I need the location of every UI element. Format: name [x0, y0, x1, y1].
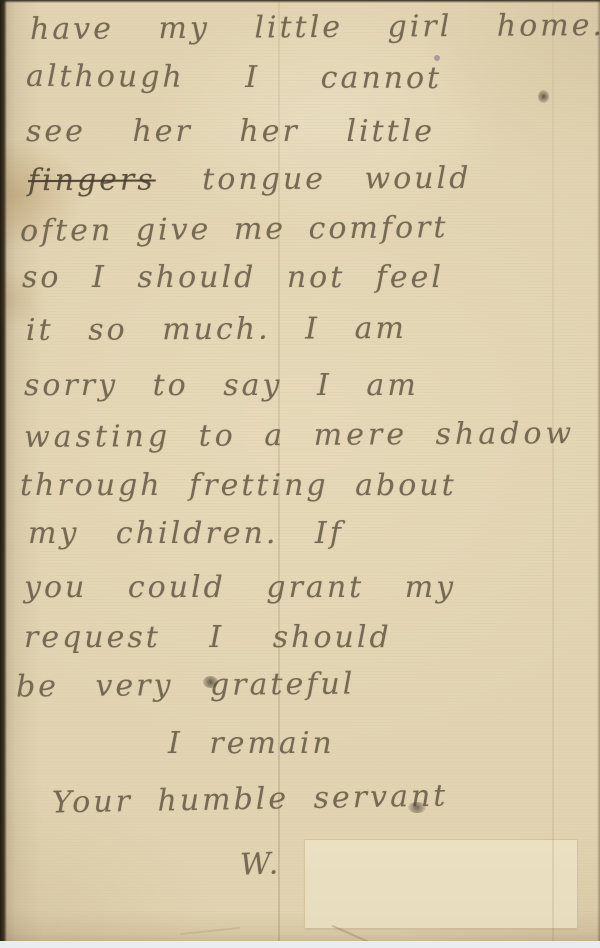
letter-line: through fretting about — [20, 466, 457, 506]
letter-line: see her her little — [26, 112, 435, 152]
scanner-background-strip — [0, 941, 600, 948]
letter-line: often give me comfort — [20, 208, 449, 252]
scanned-letter-page: have my little girl home. although I can… — [0, 0, 600, 948]
letter-line: so I should not feel — [22, 258, 444, 298]
letter-line: my children. If — [28, 514, 344, 554]
letter-line: it so much. I am — [26, 309, 407, 351]
ink-blot — [408, 802, 426, 813]
letter-line: sorry to say I am — [24, 366, 419, 406]
paper-wrinkle — [180, 927, 240, 935]
letter-line: fingers tongue would — [28, 159, 472, 201]
letter-line-text: tongue would — [164, 161, 472, 198]
signature-initial: W. — [239, 844, 282, 885]
ink-stain — [538, 90, 549, 103]
letter-line: although I cannot — [26, 57, 442, 99]
scan-edge-left — [0, 0, 7, 948]
closing-line: Your humble servant — [52, 777, 449, 824]
letter-line: request I should — [24, 618, 392, 658]
letter-line: have my little girl home. — [30, 6, 600, 50]
ink-blot — [203, 676, 218, 688]
fold-crease — [278, 0, 280, 941]
closing-line: I remain — [168, 724, 335, 764]
letter-line: wasting to a mere shadow — [24, 414, 575, 458]
letter-line: you could grant my — [24, 568, 456, 608]
fold-crease — [552, 0, 554, 941]
crossed-out-word: fingers — [20, 162, 164, 198]
paper-speck — [434, 55, 440, 61]
redacted-surname-box — [305, 840, 577, 928]
letter-line: be very grateful — [16, 665, 356, 708]
scan-edge-top — [0, 0, 600, 3]
